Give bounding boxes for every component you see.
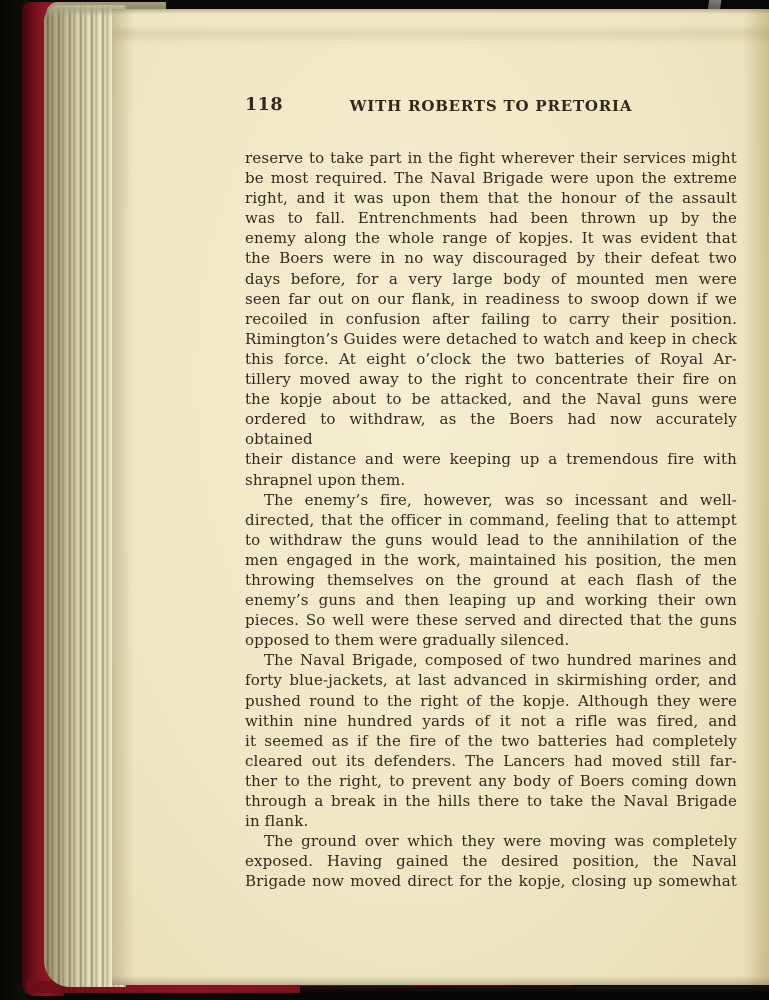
text-line: seen far out on our flank, in readiness … [245,289,737,309]
text-line: men engaged in the work, maintained his … [245,550,737,570]
text-line: forty blue-jackets, at last advanced in … [245,670,737,690]
text-line: directed, that the officer in command, f… [245,510,737,530]
text-line: Rimington’s Guides were detached to watc… [245,329,737,349]
text-line: exposed. Having gained the desired posit… [245,851,737,871]
text-line: tillery moved away to the right to conce… [245,369,737,389]
text-line: right, and it was upon them that the hon… [245,188,737,208]
text-line: enemy along the whole range of kopjes. I… [245,228,737,248]
text-line: The ground over which they were moving w… [245,831,737,851]
text-line: to withdraw the guns would lead to the a… [245,530,737,550]
cover-bottom-shadow [300,986,769,1000]
text-line: it seemed as if the fire of the two batt… [245,731,737,751]
text-line: pieces. So well were these served and di… [245,610,737,630]
text-line: reserve to take part in the fight wherev… [245,148,737,168]
text-line: The enemy’s fire, however, was so incess… [245,490,737,510]
text-line: cleared out its defenders. The Lancers h… [245,751,737,771]
text-line: within nine hundred yards of it not a ri… [245,711,737,731]
text-line: Brigade now moved direct for the kopje, … [245,871,737,891]
text-line: recoiled in confusion after failing to c… [245,309,737,329]
text-line: through a break in the hills there to ta… [245,791,737,811]
text-line: shrapnel upon them. [245,470,737,490]
book-photo: 118 WITH ROBERTS TO PRETORIA reserve to … [0,0,769,1000]
text-line: this force. At eight o’clock the two bat… [245,349,737,369]
text-line: the kopje about to be attacked, and the … [245,389,737,409]
text-line: in flank. [245,811,737,831]
text-column: 118 WITH ROBERTS TO PRETORIA reserve to … [245,95,737,891]
running-header: WITH ROBERTS TO PRETORIA [245,97,737,115]
body-text: reserve to take part in the fight wherev… [245,148,737,891]
text-line: ther to the right, to prevent any body o… [245,771,737,791]
text-line: days before, for a very large body of mo… [245,269,737,289]
text-line: enemy’s guns and then leaping up and wor… [245,590,737,610]
text-line: their distance and were keeping up a tre… [245,449,737,469]
text-line: The Naval Brigade, composed of two hundr… [245,650,737,670]
text-line: be most required. The Naval Brigade were… [245,168,737,188]
book-page: 118 WITH ROBERTS TO PRETORIA reserve to … [112,9,769,985]
text-line: the Boers were in no way discouraged by … [245,248,737,268]
text-line: was to fall. Entrenchments had been thro… [245,208,737,228]
text-line: ordered to withdraw, as the Boers had no… [245,409,737,449]
text-line: throwing themselves on the ground at eac… [245,570,737,590]
page-header: 118 WITH ROBERTS TO PRETORIA [245,95,737,117]
text-line: opposed to them were gradually silenced. [245,630,737,650]
text-line: pushed round to the right of the kopje. … [245,691,737,711]
